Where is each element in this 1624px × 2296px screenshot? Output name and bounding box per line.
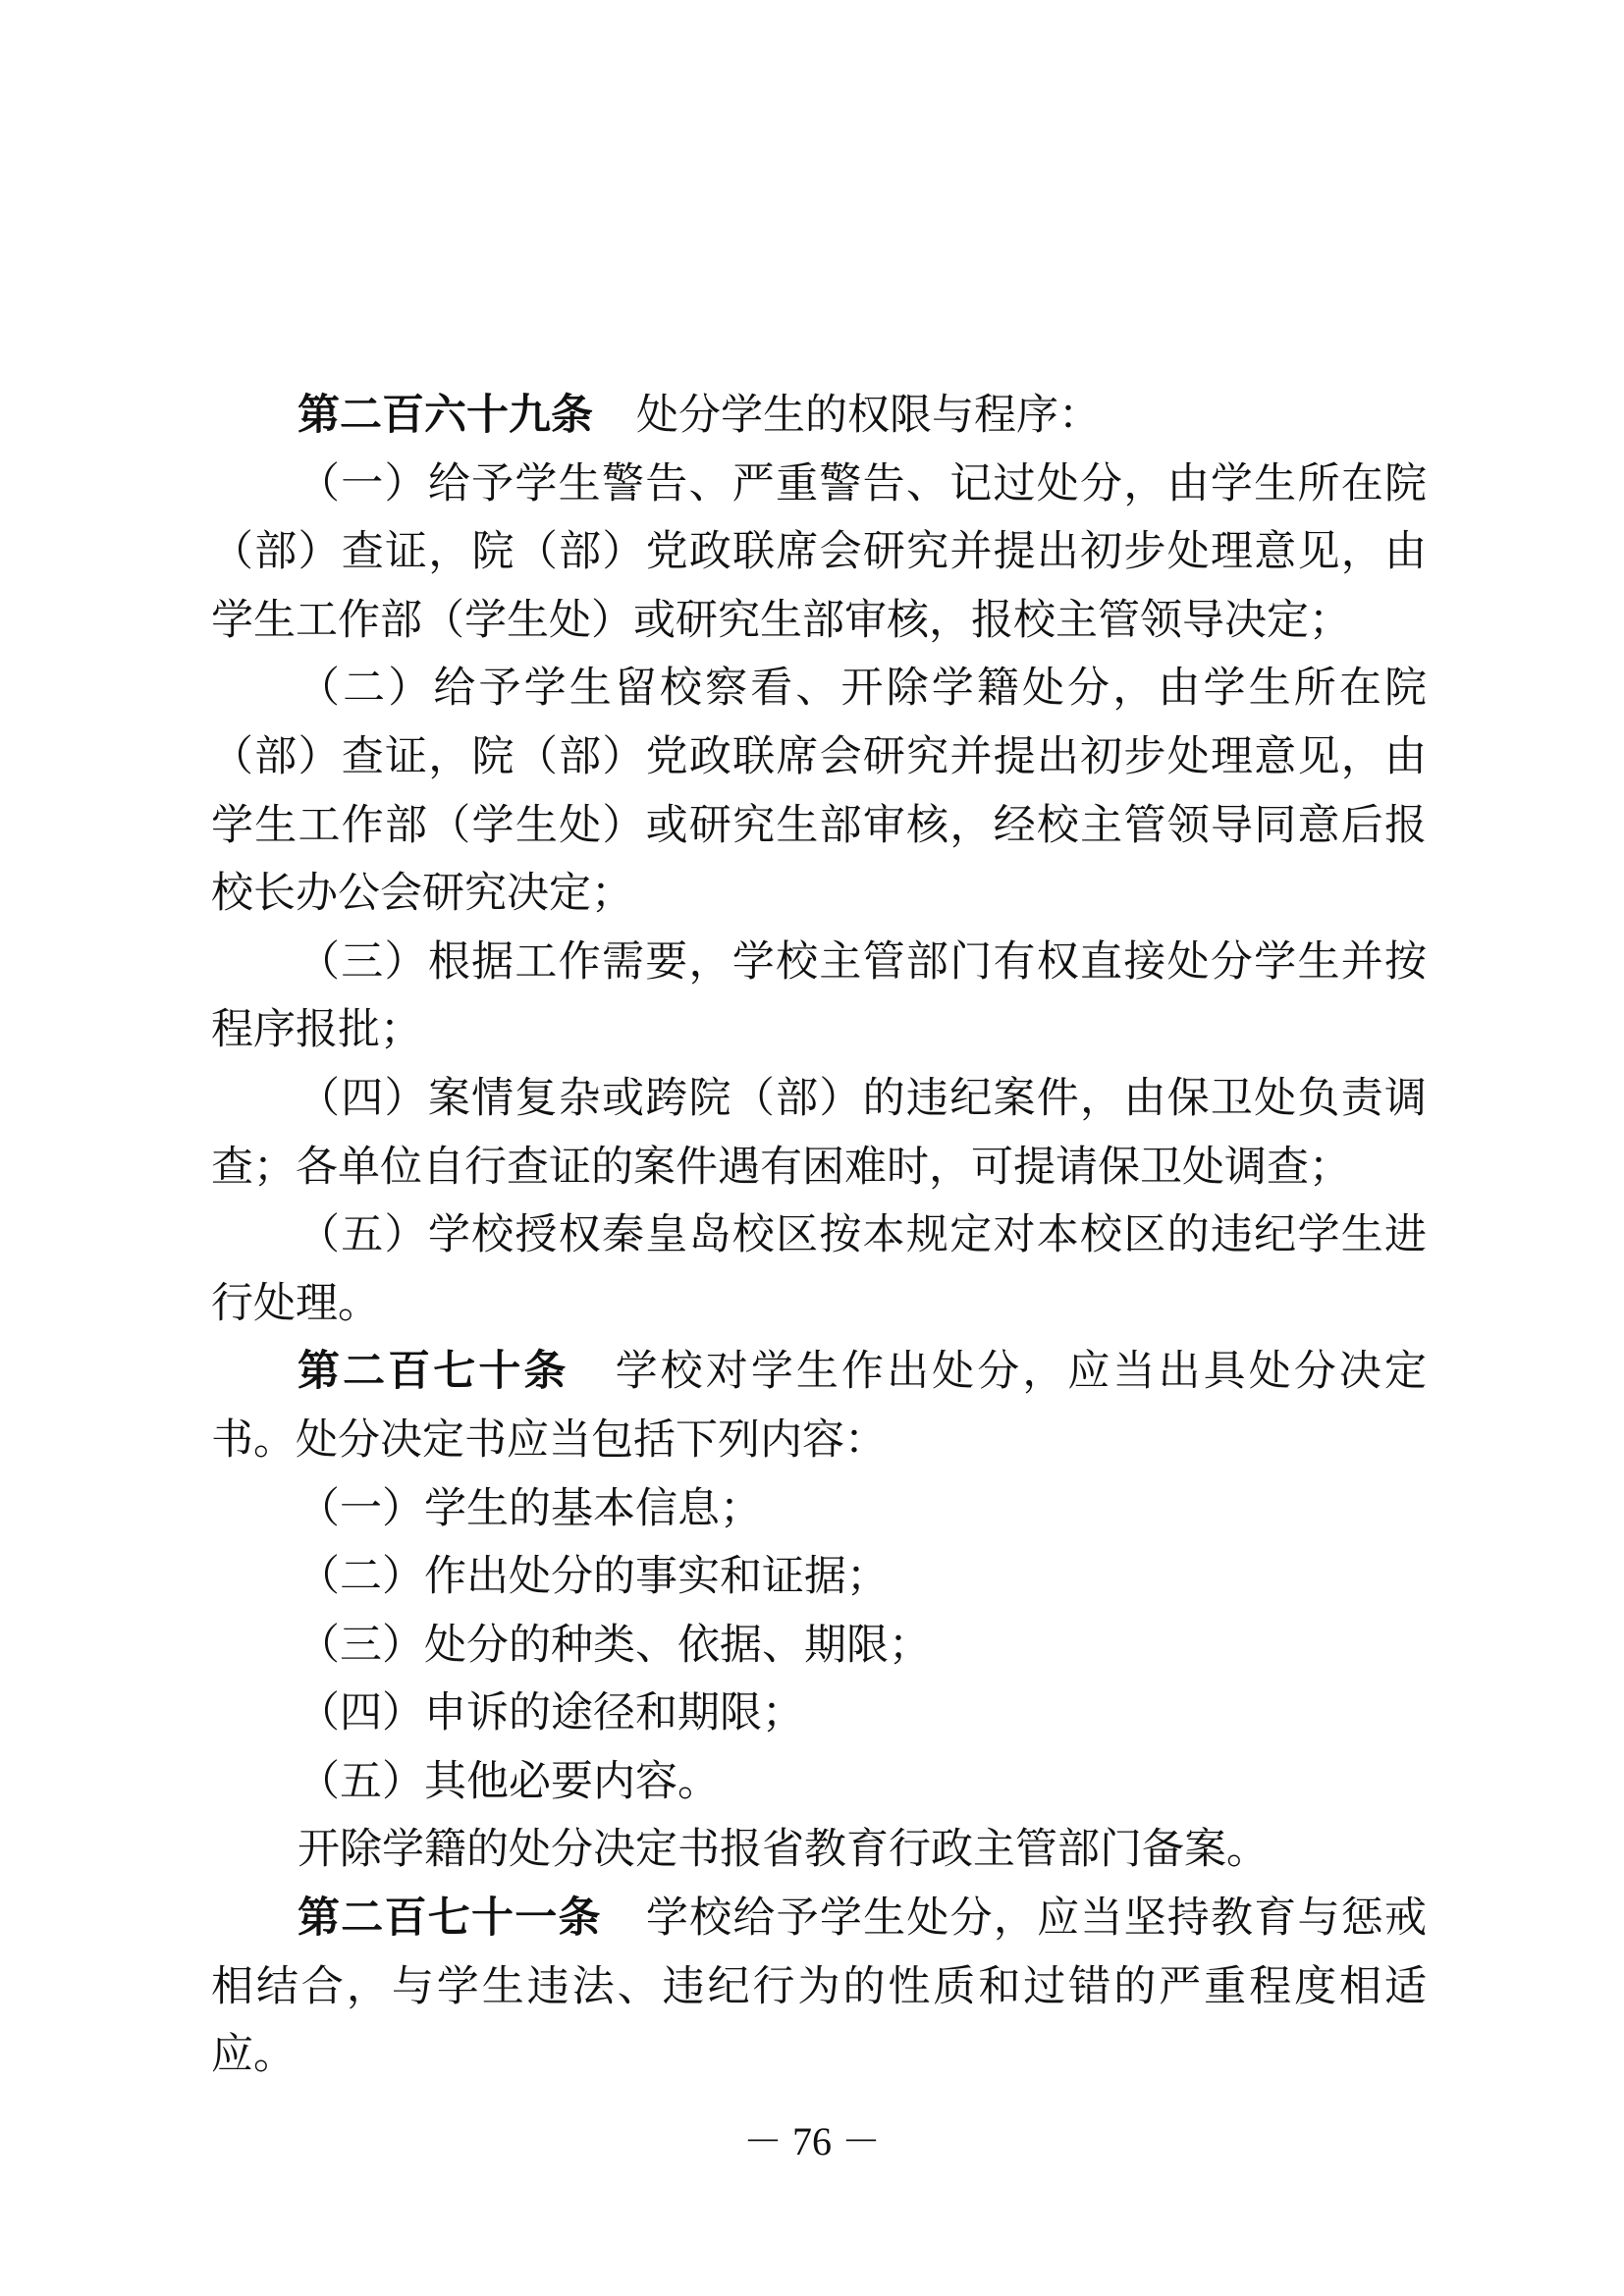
article-270-item-1: （一）学生的基本信息； (211, 1475, 1427, 1544)
article-270-item-5: （五）其他必要内容。 (211, 1748, 1427, 1817)
article-269-heading: 第二百六十九条处分学生的权限与程序： (211, 382, 1427, 451)
document-page: 第二百六十九条处分学生的权限与程序： （一）给予学生警告、严重警告、记过处分，由… (0, 0, 1624, 2296)
article-269-item-4: （四）案情复杂或跨院（部）的违纪案件，由保卫处负责调查；各单位自行查证的案件遇有… (211, 1065, 1427, 1201)
article-title: 第二百七十一条 (298, 1894, 602, 1943)
article-269-item-1: （一）给予学生警告、严重警告、记过处分，由学生所在院（部）查证，院（部）党政联席… (211, 451, 1427, 656)
article-title: 第二百六十九条 (298, 391, 593, 440)
article-271-heading: 第二百七十一条学校给予学生处分，应当坚持教育与惩戒相结合，与学生违法、违纪行为的… (211, 1885, 1427, 2090)
article-270-item-3: （三）处分的种类、依据、期限； (211, 1612, 1427, 1681)
article-269-item-5: （五）学校授权秦皇岛校区按本规定对本校区的违纪学生进行处理。 (211, 1201, 1427, 1338)
document-body: 第二百六十九条处分学生的权限与程序： （一）给予学生警告、严重警告、记过处分，由… (211, 382, 1427, 2090)
article-269-item-3: （三）根据工作需要，学校主管部门有权直接处分学生并按程序报批； (211, 929, 1427, 1065)
page-number: － 76 － (0, 2110, 1624, 2166)
article-269-item-2: （二）给予学生留校察看、开除学籍处分，由学生所在院（部）查证，院（部）党政联席会… (211, 655, 1427, 928)
article-title: 第二百七十条 (298, 1347, 569, 1396)
article-lead: 处分学生的权限与程序： (636, 391, 1101, 440)
article-270-note: 开除学籍的处分决定书报省教育行政主管部门备案。 (211, 1816, 1427, 1885)
article-270-item-4: （四）申诉的途径和期限； (211, 1680, 1427, 1748)
article-270-item-2: （二）作出处分的事实和证据； (211, 1543, 1427, 1612)
article-270-heading: 第二百七十条学校对学生作出处分，应当出具处分决定书。处分决定书应当包括下列内容： (211, 1338, 1427, 1474)
